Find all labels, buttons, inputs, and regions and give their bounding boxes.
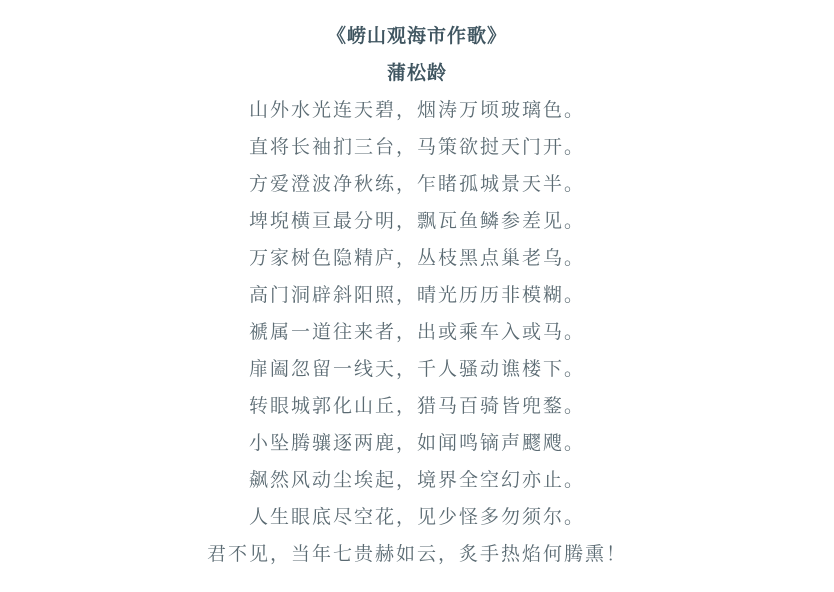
poem-line: 飙然风动尘埃起，境界全空幻亦止。 [0, 462, 834, 499]
poem-title: 《崂山观海市作歌》 [0, 18, 834, 55]
poem-line: 禠属一道往来者，出或乘车入或马。 [0, 314, 834, 351]
poem-line: 埤堄横亘最分明，飘瓦鱼鳞参差见。 [0, 203, 834, 240]
poem-line: 人生眼底尽空花，见少怪多勿须尔。 [0, 499, 834, 536]
poem-author: 蒲松龄 [0, 55, 834, 92]
poem-line: 小坠腾骧逐两鹿，如闻鸣镝声飂飕。 [0, 425, 834, 462]
poem-line: 扉阖忽留一线天，千人骚动谯楼下。 [0, 351, 834, 388]
poem-line: 直将长袖扪三台，马策欲挝天门开。 [0, 129, 834, 166]
poem-line: 山外水光连天碧，烟涛万顷玻璃色。 [0, 92, 834, 129]
poem-line: 方爱澄波净秋练，乍睹孤城景天半。 [0, 166, 834, 203]
poem-line: 转眼城郭化山丘，猎马百骑皆兜鍪。 [0, 388, 834, 425]
poem-container: 《崂山观海市作歌》 蒲松龄 山外水光连天碧，烟涛万顷玻璃色。 直将长袖扪三台，马… [0, 18, 834, 573]
poem-line: 万家树色隐精庐，丛枝黑点巢老乌。 [0, 240, 834, 277]
poem-line: 高门洞辟斜阳照，晴光历历非模糊。 [0, 277, 834, 314]
poem-line-final: 君不见，当年七贵赫如云，炙手热焰何腾熏！ [0, 536, 834, 573]
